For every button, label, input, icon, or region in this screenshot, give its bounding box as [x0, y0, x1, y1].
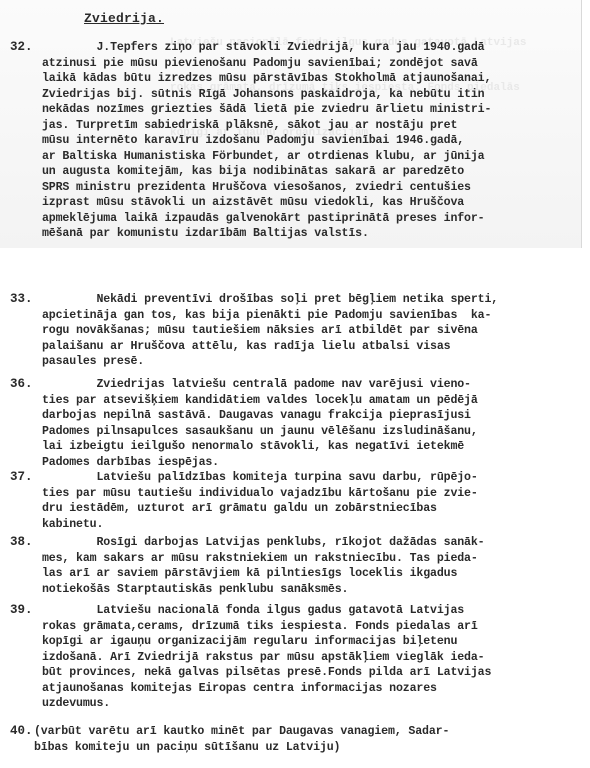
text-line: las arī ar saviem pārstāvjiem kā pilntie…: [42, 566, 562, 582]
text-line: Rosīgi darbojas Latvijas penklubs, rīkoj…: [42, 535, 562, 551]
text-line: (varbūt varētu arī kautko minēt par Daug…: [34, 724, 554, 740]
text-line: un augusta komitejām, kas bija nodibināt…: [42, 164, 562, 180]
text-line: darbojas nepilnā sastāvā. Daugavas vanag…: [42, 408, 562, 424]
item-number: 36.: [10, 377, 33, 391]
text-line: palaišanu ar Hruščova attēlu, kas radīja…: [42, 339, 562, 355]
text-line: bības komiteju un paciņu sūtīšanu uz Lat…: [34, 740, 554, 756]
text-line: izdošanā. Arī Zviedrijā rakstus par mūsu…: [42, 650, 562, 666]
text-line: būt provinces, nekā galvas pilsētas pres…: [42, 665, 562, 681]
section-heading: Zviedrija.: [84, 11, 164, 26]
text-line: Zviedrijas bij. sūtnis Rīgā Johansons pa…: [42, 87, 562, 103]
text-line: ties par atsevišķiem kandidātiem valdes …: [42, 393, 562, 409]
item-paragraph: Latviešu palīdzības komiteja turpina sav…: [42, 470, 562, 532]
text-line: J.Tepfers ziņo par stāvokli Zviedrijā, k…: [42, 40, 562, 56]
text-line: mēšanā par komunistu izdarībām Baltijas …: [42, 226, 562, 242]
text-line: lai izbeigtu ieilgušo nenormalo stāvokli…: [42, 439, 562, 455]
text-line: Nekādi preventīvi drošības soļi pret bēg…: [42, 292, 562, 308]
text-line: jas. Turpretīm sabiedriskā plāksnē, sāko…: [42, 118, 562, 134]
text-line: mes, kam sakars ar mūsu rakstniekiem un …: [42, 551, 562, 567]
item-paragraph: Latviešu nacionalā fonda ilgus gadus gat…: [42, 603, 562, 712]
text-line: SPRS ministru prezidenta Hruščova viesoš…: [42, 180, 562, 196]
text-line: apcietināja gan tos, kas bija pienākti p…: [42, 308, 562, 324]
text-line: atzinusi pie mūsu pievienošanu Padomju s…: [42, 56, 562, 72]
item-number: 32.: [10, 40, 33, 54]
text-line: ties par mūsu tautiešu individualo vajad…: [42, 486, 562, 502]
item-paragraph: Rosīgi darbojas Latvijas penklubs, rīkoj…: [42, 535, 562, 597]
text-line: kabinetu.: [42, 517, 562, 533]
text-line: Latviešu palīdzības komiteja turpina sav…: [42, 470, 562, 486]
item-number: 39.: [10, 603, 33, 617]
text-line: Padomes pilnsapulces sasaukšanu un jaunu…: [42, 424, 562, 440]
text-line: Zviedrijas latviešu centralā padome nav …: [42, 377, 562, 393]
item-paragraph: J.Tepfers ziņo par stāvokli Zviedrijā, k…: [42, 40, 562, 242]
text-line: kopīgi ar igauņu organizacijām regularu …: [42, 634, 562, 650]
text-line: Latviešu nacionalā fonda ilgus gadus gat…: [42, 603, 562, 619]
scanned-document-page: Latviešu nacionālā fonda ilgus gadus gat…: [0, 0, 590, 768]
text-line: nekādas nozīmes griezties šādā lietā pie…: [42, 102, 562, 118]
item-paragraph: (varbūt varētu arī kautko minēt par Daug…: [34, 724, 554, 755]
text-line: rogu novākšanas; mūsu tautiešiem nāksies…: [42, 323, 562, 339]
text-line: apmeklējuma laikā izpaudās galvenokārt p…: [42, 211, 562, 227]
text-line: pasaules presē.: [42, 354, 562, 370]
item-number: 37.: [10, 470, 33, 484]
text-line: laikā kādas būtu izredzes mūsu pārstāvīb…: [42, 71, 562, 87]
item-paragraph: Zviedrijas latviešu centralā padome nav …: [42, 377, 562, 470]
item-paragraph: Nekādi preventīvi drošības soļi pret bēg…: [42, 292, 562, 370]
text-line: uzdevumus.: [42, 696, 562, 712]
text-line: dru iestādēm, uzturot arī grāmatu galdu …: [42, 501, 562, 517]
text-line: izprast mūsu stāvokli un aizstāvēt mūsu …: [42, 195, 562, 211]
text-line: ar Baltiska Humanistiska Förbundet, ar o…: [42, 149, 562, 165]
text-line: Padomes darbības iespējas.: [42, 455, 562, 471]
text-line: rokas grāmata,cerams, drīzumā tiks iespi…: [42, 619, 562, 635]
item-number: 33.: [10, 292, 33, 306]
text-line: mūsu internēto karavīru izdošanu Padomju…: [42, 133, 562, 149]
item-number: 38.: [10, 535, 33, 549]
item-number: 40.: [10, 724, 33, 738]
text-line: atjaunošanas komitejas Eiropas centra in…: [42, 681, 562, 697]
text-line: notiekošās Starptautiskās penklubu sanāk…: [42, 582, 562, 598]
